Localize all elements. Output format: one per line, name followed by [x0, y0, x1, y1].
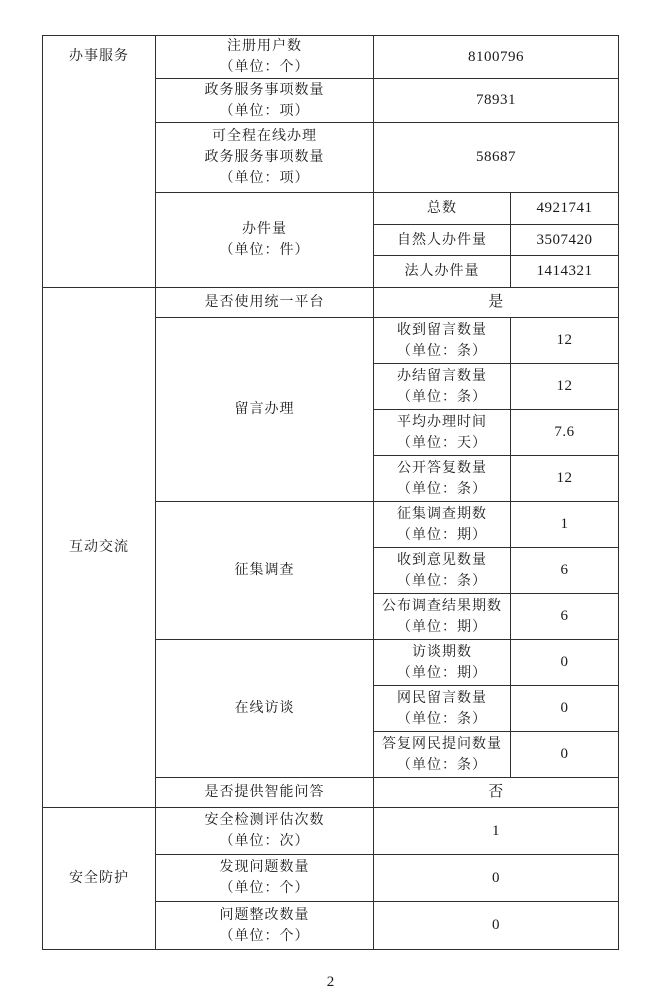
row-value-netizen-messages: 0: [511, 686, 619, 732]
row-label-interview-periods: 访谈期数 （单位：期）: [374, 640, 511, 686]
row-value-netizen-replies: 0: [511, 732, 619, 778]
row-value-smart-qa: 否: [374, 778, 619, 808]
row-label-messages-public-replies: 公开答复数量 （单位：条）: [374, 456, 511, 502]
row-value-service-items: 78931: [374, 79, 619, 123]
group-label-case-volume: 办件量 （单位：件）: [156, 193, 374, 288]
section-title-service-handling: 办事服务: [43, 36, 156, 288]
row-label-smart-qa: 是否提供智能问答: [156, 778, 374, 808]
group-label-online-interviews: 在线访谈: [156, 640, 374, 778]
row-label-registered-users: 注册用户数 （单位：个）: [156, 36, 374, 79]
row-label-security-assessments: 安全检测评估次数 （单位：次）: [156, 808, 374, 855]
report-table: 办事服务 注册用户数 （单位：个） 8100796 政务服务事项数量 （单位：项…: [42, 35, 619, 950]
row-value-messages-public-replies: 12: [511, 456, 619, 502]
row-value-online-items: 58687: [374, 123, 619, 193]
row-label-online-items: 可全程在线办理 政务服务事项数量 （单位：项）: [156, 123, 374, 193]
row-label-netizen-replies: 答复网民提问数量 （单位：条）: [374, 732, 511, 778]
row-label-cases-natural-person: 自然人办件量: [374, 225, 511, 256]
row-label-cases-legal-person: 法人办件量: [374, 256, 511, 288]
row-label-problems-fixed: 问题整改数量 （单位：个）: [156, 902, 374, 950]
row-value-messages-received: 12: [511, 318, 619, 364]
row-value-survey-opinions: 6: [511, 548, 619, 594]
section-title-security: 安全防护: [43, 808, 156, 950]
row-value-security-assessments: 1: [374, 808, 619, 855]
row-label-cases-total: 总数: [374, 193, 511, 225]
row-label-messages-completed: 办结留言数量 （单位：条）: [374, 364, 511, 410]
row-label-unified-platform: 是否使用统一平台: [156, 288, 374, 318]
row-value-messages-completed: 12: [511, 364, 619, 410]
section-title-interaction: 互动交流: [43, 288, 156, 808]
row-label-survey-periods: 征集调查期数 （单位：期）: [374, 502, 511, 548]
row-label-survey-opinions: 收到意见数量 （单位：条）: [374, 548, 511, 594]
row-label-problems-found: 发现问题数量 （单位：个）: [156, 855, 374, 902]
row-label-messages-avg-time: 平均办理时间 （单位：天）: [374, 410, 511, 456]
row-value-cases-legal-person: 1414321: [511, 256, 619, 288]
row-label-survey-results: 公布调查结果期数 （单位：期）: [374, 594, 511, 640]
row-label-messages-received: 收到留言数量 （单位：条）: [374, 318, 511, 364]
row-value-cases-total: 4921741: [511, 193, 619, 225]
row-value-interview-periods: 0: [511, 640, 619, 686]
row-value-unified-platform: 是: [374, 288, 619, 318]
row-value-survey-periods: 1: [511, 502, 619, 548]
row-label-service-items: 政务服务事项数量 （单位：项）: [156, 79, 374, 123]
row-value-registered-users: 8100796: [374, 36, 619, 79]
row-label-netizen-messages: 网民留言数量 （单位：条）: [374, 686, 511, 732]
row-value-cases-natural-person: 3507420: [511, 225, 619, 256]
page-number: 2: [0, 974, 661, 991]
document-page: 办事服务 注册用户数 （单位：个） 8100796 政务服务事项数量 （单位：项…: [0, 0, 661, 1008]
row-value-problems-found: 0: [374, 855, 619, 902]
row-value-problems-fixed: 0: [374, 902, 619, 950]
row-value-survey-results: 6: [511, 594, 619, 640]
group-label-surveys: 征集调查: [156, 502, 374, 640]
row-value-messages-avg-time: 7.6: [511, 410, 619, 456]
group-label-message-handling: 留言办理: [156, 318, 374, 502]
